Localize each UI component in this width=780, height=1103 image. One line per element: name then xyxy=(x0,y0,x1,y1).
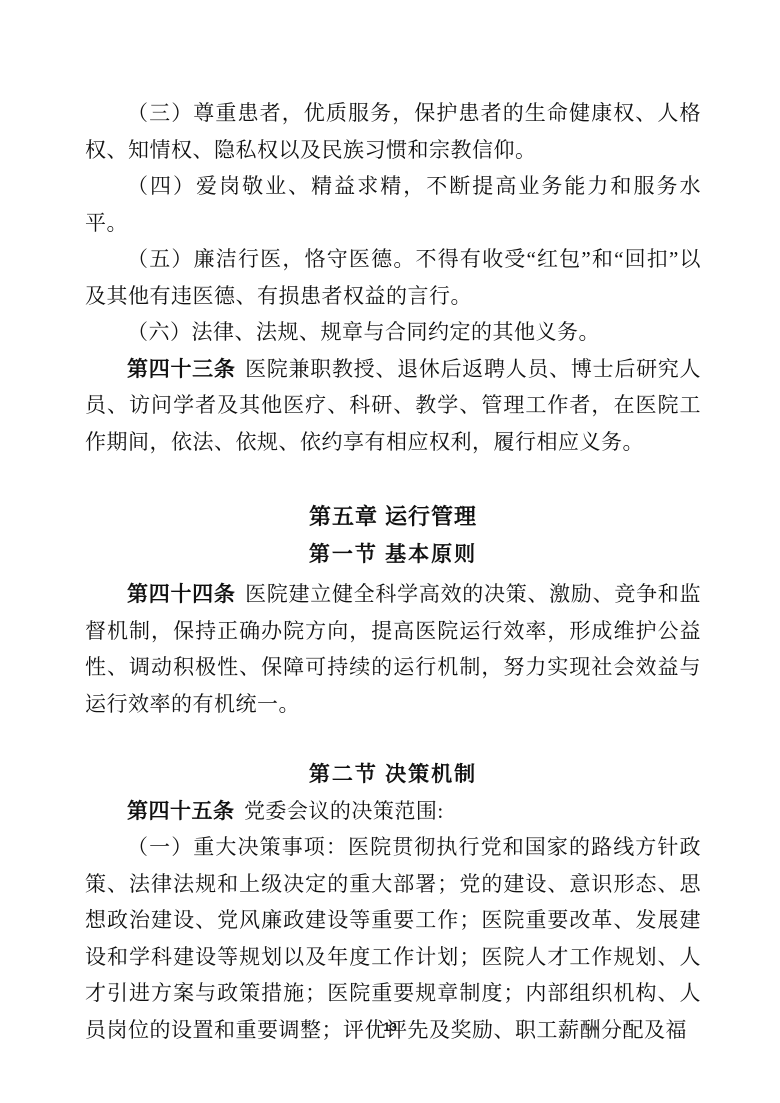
chapter-5-heading: 第五章 运行管理 xyxy=(85,499,701,536)
clause-4-paragraph: （四）爱岗敬业、精益求精，不断提高业务能力和服务水平。 xyxy=(85,168,701,241)
section-1-heading: 第一节 基本原则 xyxy=(85,536,701,573)
article-43-paragraph: 第四十三条医院兼职教授、退休后返聘人员、博士后研究人员、访问学者及其他医疗、科研… xyxy=(85,351,701,461)
clause-5-paragraph: （五）廉洁行医，恪守医德。不得有收受“红包”和“回扣”以及其他有违医德、有损患者… xyxy=(85,241,701,314)
document-body: （三）尊重患者，优质服务，保护患者的生命健康权、人格权、知情权、隐私权以及民族习… xyxy=(85,95,701,1048)
clause-6-paragraph: （六）法律、法规、规章与合同约定的其他义务。 xyxy=(85,314,701,351)
document-page: （三）尊重患者，优质服务，保护患者的生命健康权、人格权、知情权、隐私权以及民族习… xyxy=(0,0,780,1103)
clause-45-1-paragraph: （一）重大决策事项：医院贯彻执行党和国家的路线方针政策、法律法规和上级决定的重大… xyxy=(85,829,701,1048)
article-45-label: 第四十五条 xyxy=(127,799,235,823)
article-43-label: 第四十三条 xyxy=(127,357,236,381)
article-44-paragraph: 第四十四条医院建立健全科学高效的决策、激励、竞争和监督机制，保持正确办院方向，提… xyxy=(85,576,701,722)
section-2-heading: 第二节 决策机制 xyxy=(85,756,701,793)
clause-3-paragraph: （三）尊重患者，优质服务，保护患者的生命健康权、人格权、知情权、隐私权以及民族习… xyxy=(85,95,701,168)
article-45-text: 党委会议的决策范围: xyxy=(244,799,444,823)
page-number: 13 xyxy=(0,1020,780,1034)
article-44-label: 第四十四条 xyxy=(127,582,236,606)
article-45-paragraph: 第四十五条党委会议的决策范围: xyxy=(85,793,701,830)
